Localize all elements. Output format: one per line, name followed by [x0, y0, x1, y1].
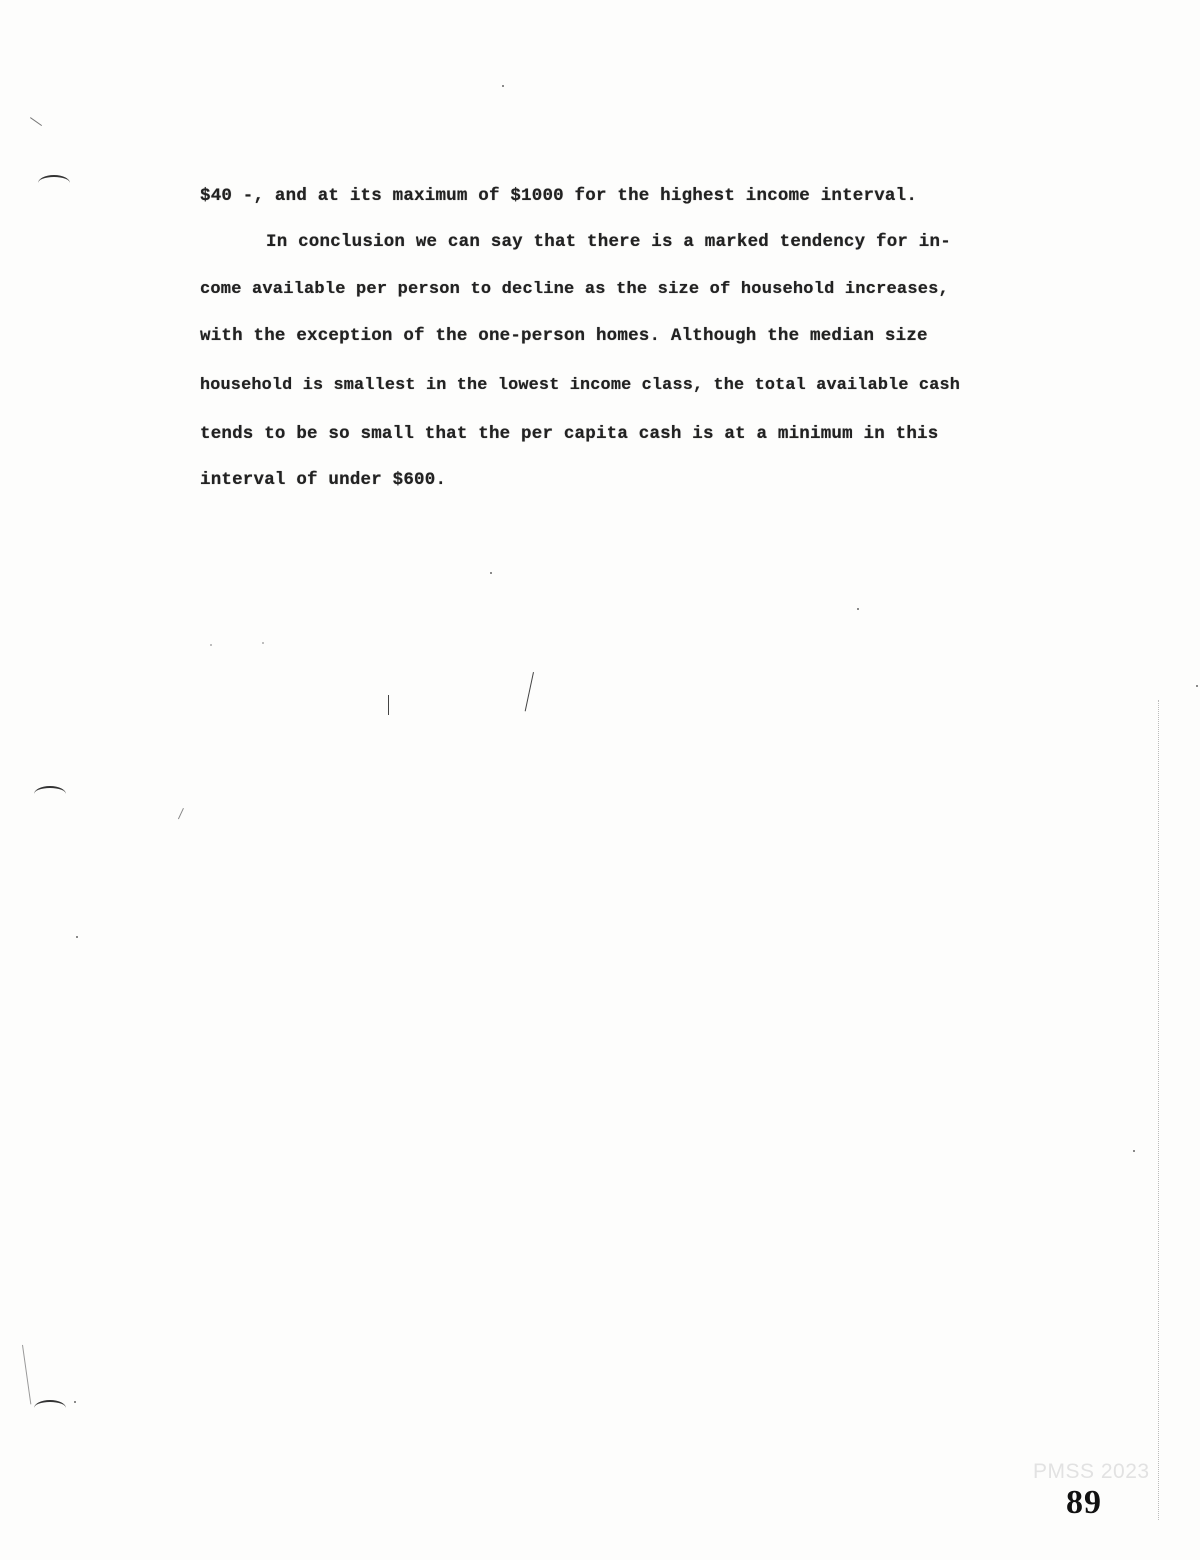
margin-hole-mark-middle	[34, 786, 66, 802]
left-edge-mark	[30, 117, 42, 126]
stray-pen-mark	[388, 695, 389, 715]
text-line-4: with the exception of the one-person hom…	[200, 326, 928, 346]
margin-curve-mark	[22, 1345, 31, 1405]
text-line-7: interval of under $600.	[200, 470, 446, 490]
text-line-6: tends to be so small that the per capita…	[200, 424, 938, 444]
page-number: 89	[1066, 1484, 1102, 1522]
document-page: $40 -, and at its maximum of $1000 for t…	[0, 0, 1200, 1560]
text-line-1: $40 -, and at its maximum of $1000 for t…	[200, 186, 917, 206]
text-line-5: household is smallest in the lowest inco…	[200, 376, 960, 395]
paper-speck	[490, 572, 492, 574]
stray-pen-mark	[525, 672, 534, 711]
paper-speck	[262, 642, 264, 644]
margin-hole-mark-bottom	[34, 1400, 66, 1416]
paper-speck	[857, 608, 859, 610]
archive-watermark: PMSS 2023	[1033, 1460, 1150, 1484]
paper-speck	[74, 1401, 76, 1403]
stray-pen-mark	[178, 808, 184, 819]
text-line-2: In conclusion we can say that there is a…	[266, 232, 951, 252]
paper-speck	[1133, 1150, 1135, 1152]
paper-speck	[210, 644, 212, 646]
paper-speck	[502, 85, 504, 87]
paper-speck	[1196, 685, 1198, 687]
paper-speck	[76, 936, 78, 938]
text-line-3: come available per person to decline as …	[200, 280, 949, 299]
margin-hole-mark-top	[38, 175, 70, 191]
right-edge-scan-line	[1158, 700, 1160, 1520]
